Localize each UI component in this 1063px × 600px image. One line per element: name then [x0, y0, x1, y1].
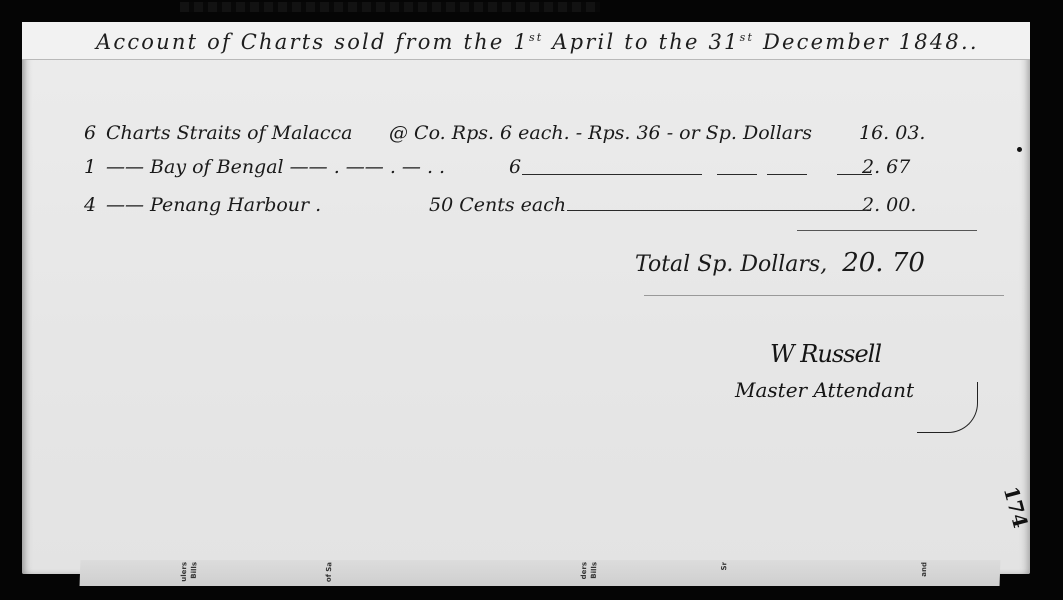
row-amount: 2. 00.: [862, 194, 916, 216]
leader-line: [522, 174, 702, 175]
leader-line: [717, 174, 757, 175]
sum-rule: [797, 230, 977, 231]
title-ordinal: st: [740, 31, 754, 44]
title-part: April to the 31: [543, 30, 739, 54]
row-description: Charts Straits of Malacca: [106, 122, 352, 144]
ink-dot: [1017, 147, 1022, 152]
document-page: Account of Charts sold from the 1st Apri…: [22, 22, 1030, 574]
leader-line: [767, 174, 807, 175]
leader-line: [837, 174, 872, 175]
signature: W Russell: [770, 340, 881, 368]
strip-fragment: ders: [580, 562, 589, 579]
total-line: Total Sp. Dollars, 20. 70: [635, 248, 925, 278]
ledger-row: 1 —— Bay of Bengal —— . —— . — . . 6 2. …: [84, 156, 984, 186]
row-quantity: 1: [84, 156, 96, 178]
title-ordinal: st: [529, 31, 543, 44]
strip-fragment: Bills: [590, 562, 599, 579]
row-rate: 6: [509, 156, 521, 178]
underlying-page-strip: Bills ulers of Sa Bills ders Sr and: [80, 560, 1001, 586]
total-label: Total Sp. Dollars,: [635, 252, 827, 277]
signature-title: Master Attendant: [735, 378, 914, 402]
signature-flourish: [917, 382, 978, 433]
strip-fragment: Bills: [190, 562, 199, 579]
title-part: Account of Charts sold from the 1: [96, 30, 529, 54]
ledger-row: 6 Charts Straits of Malacca @ Co. Rps. 6…: [84, 122, 984, 152]
document-title: Account of Charts sold from the 1st Apri…: [96, 30, 979, 54]
row-description: —— Bay of Bengal —— . —— . — . .: [106, 156, 445, 178]
row-rate: @ Co. Rps. 6 each. - Rps. 36 - or Sp. Do…: [389, 122, 812, 144]
title-part: December 1848..: [754, 30, 979, 54]
row-amount: 16. 03.: [859, 122, 925, 144]
folio-number: 174: [999, 484, 1033, 531]
row-quantity: 6: [84, 122, 96, 144]
row-rate: 50 Cents each: [429, 194, 566, 216]
strip-fragment: of Sa: [325, 562, 334, 582]
ledger-row: 4 —— Penang Harbour . 50 Cents each 2. 0…: [84, 194, 984, 224]
row-description: —— Penang Harbour .: [106, 194, 321, 216]
strip-fragment: ulers: [180, 562, 189, 582]
leader-line: [567, 210, 867, 211]
bleed-through-text: [180, 2, 600, 12]
strip-fragment: Sr: [720, 562, 728, 571]
total-amount: 20. 70: [842, 248, 925, 278]
strip-fragment: and: [920, 562, 929, 577]
total-rule: [644, 295, 1004, 296]
row-quantity: 4: [84, 194, 96, 216]
title-band: Account of Charts sold from the 1st Apri…: [22, 22, 1030, 60]
